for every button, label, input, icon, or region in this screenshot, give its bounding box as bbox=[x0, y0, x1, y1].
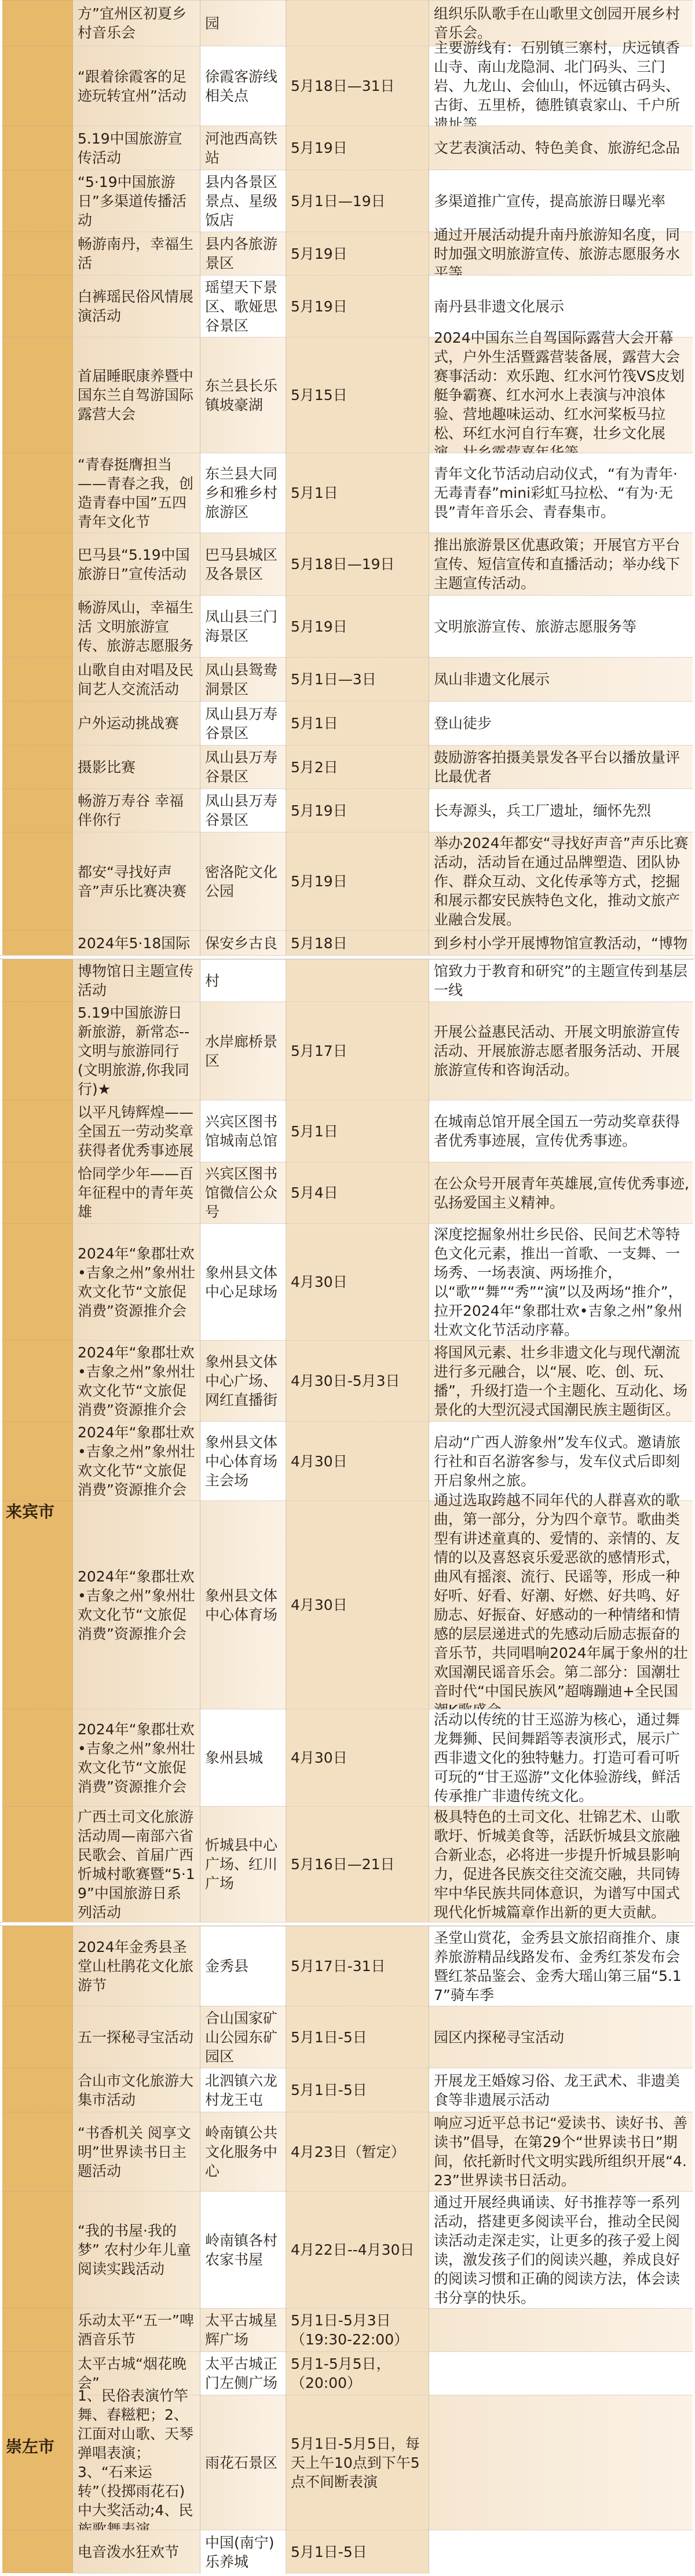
venue-cell: 凤山县万寿谷景区 bbox=[200, 702, 286, 745]
activity-cell-text: 畅游凤山，幸福生活 文明旅游宣传、旅游志愿服务 bbox=[78, 598, 195, 655]
table-row: 山歌自由对唱及民间艺人交流活动凤山县鸳鸯洞景区5月1日—3日凤山非遗文化展示 bbox=[2, 657, 693, 701]
description-cell bbox=[429, 2530, 693, 2574]
activity-cell: 户外运动挑战赛 bbox=[73, 702, 200, 745]
activity-cell: 5.19中国旅游宣传活动 bbox=[73, 126, 200, 170]
date-cell: 5月2日 bbox=[286, 746, 429, 788]
venue-cell-text: 密洛陀文化公园 bbox=[205, 863, 281, 901]
venue-cell: 中国(南宁)乐养城 bbox=[200, 2530, 286, 2574]
table-row: 1、民俗表演竹竿舞、舂糍粑；2、江面对山歌、天琴弹唱表演；3、“石来运转”（投掷… bbox=[2, 2395, 693, 2530]
activity-cell-text: 1、民俗表演竹竿舞、舂糍粑；2、江面对山歌、天琴弹唱表演；3、“石来运转”（投掷… bbox=[78, 2386, 195, 2539]
activity-cell-text: 乐动太平“五一”啤酒音乐节 bbox=[78, 2311, 195, 2349]
description-cell: 圣堂山赏花，金秀县文旅招商推介、康养旅游精品线路发布、金秀红茶发布会暨红茶品鉴会… bbox=[429, 1927, 693, 2006]
description-cell: 在城南总馆开展全国五一劳动奖章获得者优秀事迹展，宣传优秀事迹。 bbox=[429, 1100, 693, 1162]
activity-cell: 恰同学少年——百年征程中的青年英雄 bbox=[73, 1162, 200, 1223]
venue-cell: 太平古城星辉广场 bbox=[200, 2309, 286, 2351]
date-cell: 5月1日-5月5日，每天上午10点到下午5点不间断表演 bbox=[286, 2395, 429, 2530]
date-cell: 5月1日—3日 bbox=[286, 658, 429, 701]
venue-cell: 岭南镇各村农家书屋 bbox=[200, 2192, 286, 2308]
venue-cell-text: 巴马县城区及各景区 bbox=[205, 545, 281, 584]
activity-cell-text: “青春挺膺担当——青春之我，创造青春中国”五四青年文化节 bbox=[78, 455, 195, 531]
description-cell-text: 举办2024年都安“寻找好声音”声乐比赛活动，活动旨在通过品牌塑造、团队协作、群… bbox=[434, 834, 689, 929]
description-cell-text: 青年文化节活动启动仪式，“有为青年·无毒青春”mini彩虹马拉松、“有为·无畏”… bbox=[434, 464, 689, 522]
venue-cell: 东兰县大同乡和雅乡村旅游区 bbox=[200, 453, 286, 533]
date-cell-text: 5月1-5月5日， （20:00） bbox=[291, 2354, 391, 2392]
description-cell: 2024中国东兰自驾国际露营大会开幕式，户外生活暨露营装备展，露营大会赛事活动：… bbox=[429, 337, 693, 453]
activity-cell: 2024年5·18国际 bbox=[73, 931, 200, 955]
activity-cell-text: 合山市文化旅游大集市活动 bbox=[78, 2071, 195, 2109]
venue-cell-text: 金秀县 bbox=[205, 1957, 248, 1976]
venue-cell: 凤山县万寿谷景区 bbox=[200, 746, 286, 788]
activity-cell-text: “5·19中国旅游日”多渠道传播活动 bbox=[78, 173, 195, 230]
venue-cell: 兴宾区图书馆城南总馆 bbox=[200, 1100, 286, 1162]
description-cell: 开展龙王婚嫁习俗、龙王武术、非遗美食等非遗展示活动 bbox=[429, 2068, 693, 2112]
description-cell-text: 推出旅游景区优惠政策；开展官方平台宣传、短信宣传和直播活动；举办线下主题宣传活动… bbox=[434, 535, 689, 593]
description-cell-text: 登山徒步 bbox=[434, 714, 492, 733]
activity-cell: 巴马县“5.19中国旅游日”宣传活动 bbox=[73, 533, 200, 595]
date-cell-text: 4月23日（暂定） bbox=[291, 2142, 405, 2162]
activity-cell: 广西土司文化旅游活动周—南部六省民歌会、首届广西忻城村歌赛暨“5·19”中国旅游… bbox=[73, 1807, 200, 1922]
description-cell-text: 在城南总馆开展全国五一劳动奖章获得者优秀事迹展，宣传优秀事迹。 bbox=[434, 1112, 689, 1150]
date-cell-text: 5月19日 bbox=[291, 297, 348, 316]
description-cell: 登山徒步 bbox=[429, 702, 693, 745]
date-cell bbox=[286, 1, 429, 46]
venue-cell: 凤山县万寿谷景区 bbox=[200, 789, 286, 832]
activity-cell-text: 5.19中国旅游日新旅游，新常态--文明与旅游同行(文明旅游,你我同行)★ bbox=[78, 1003, 195, 1099]
venue-cell: 保安乡古良 bbox=[200, 931, 286, 955]
activity-cell: 畅游凤山，幸福生活 文明旅游宣传、旅游志愿服务 bbox=[73, 596, 200, 657]
date-cell-text: 5月1日-5月3日 （19:30-22:00） bbox=[291, 2311, 408, 2349]
description-cell: 活动以传统的甘王巡游为核心，通过舞龙舞狮、民间舞蹈等表演形式，展示广西非遗文化的… bbox=[429, 1709, 693, 1806]
activity-cell-text: 以平凡铸辉煌——全国五一劳动奖章获得者优秀事迹展 bbox=[78, 1103, 195, 1160]
description-cell: 园区内探秘寻宝活动 bbox=[429, 2006, 693, 2068]
activity-cell-text: 五一探秘寻宝活动 bbox=[78, 2028, 193, 2047]
description-cell: 通过选取跨越不同年代的人群喜欢的歌曲，第一部分，分为四个章节。歌曲类型有讲述童真… bbox=[429, 1501, 693, 1709]
description-cell: 通过开展经典诵读、好书推荐等一系列活动，搭建更多阅读平台，推动全民阅读活动走深走… bbox=[429, 2192, 693, 2308]
date-cell: 5月19日 bbox=[286, 126, 429, 170]
description-cell bbox=[429, 2395, 693, 2530]
venue-cell: 密洛陀文化公园 bbox=[200, 832, 286, 930]
activity-cell-text: 首届睡眠康养暨中国东兰自驾游国际露营大会 bbox=[78, 366, 195, 424]
description-cell bbox=[429, 2352, 693, 2395]
description-cell: 文艺表演活动、特色美食、旅游纪念品 bbox=[429, 126, 693, 170]
activity-cell-text: 2024年金秀县圣堂山杜鹃花文化旅游节 bbox=[78, 1937, 195, 1995]
venue-cell: 凤山县鸳鸯洞景区 bbox=[200, 658, 286, 701]
date-cell: 5月15日 bbox=[286, 337, 429, 453]
date-cell: 5月19日 bbox=[286, 276, 429, 337]
venue-cell-text: 东兰县大同乡和雅乡村旅游区 bbox=[205, 464, 281, 522]
venue-cell-text: 兴宾区图书馆微信公众号 bbox=[205, 1164, 281, 1221]
table-row: 白裤瑶民俗风情展演活动瑶望天下景区、歌娅思谷景区5月19日南丹县非遗文化展示 bbox=[2, 275, 693, 337]
description-cell: 多渠道推广宣传，提高旅游日曝光率 bbox=[429, 170, 693, 232]
activity-cell: 畅游万寿谷 幸福伴你行 bbox=[73, 789, 200, 832]
table-row: 乐动太平“五一”啤酒音乐节太平古城星辉广场5月1日-5月3日 （19:30-22… bbox=[2, 2308, 693, 2351]
description-cell: 推出旅游景区优惠政策；开展官方平台宣传、短信宣传和直播活动；举办线下主题宣传活动… bbox=[429, 533, 693, 595]
table-row: 2024年金秀县圣堂山杜鹃花文化旅游节金秀县5月17日-31日圣堂山赏花，金秀县… bbox=[2, 1926, 693, 2006]
table-row: “我的书屋·我的梦” 农村少年儿童阅读实践活动岭南镇各村农家书屋4月22日--4… bbox=[2, 2191, 693, 2308]
activity-cell-text: “书香机关 阅享文明”世界读书日主题活动 bbox=[78, 2123, 195, 2181]
venue-cell-text: 太平古城正门左侧广场 bbox=[205, 2354, 281, 2392]
activity-cell-text: 电音泼水狂欢节 bbox=[78, 2542, 179, 2562]
description-cell: 极具特色的土司文化、壮锦艺术、山歌歌圩、忻城美食等，活跃忻城县文旅融合新业态，必… bbox=[429, 1807, 693, 1922]
date-cell: 5月1日-5日 bbox=[286, 2530, 429, 2574]
venue-cell: 村 bbox=[200, 960, 286, 1001]
description-cell: 鼓励游客拍摄美景发各平台以播放量评比最优者 bbox=[429, 746, 693, 788]
venue-cell-text: 忻城县中心广场、红川广场 bbox=[205, 1836, 281, 1893]
date-cell-text: 5月17日-31日 bbox=[291, 1957, 386, 1976]
venue-cell: 象州县文体中心体育场主会场 bbox=[200, 1422, 286, 1500]
date-cell: 5月19日 bbox=[286, 232, 429, 275]
venue-cell-text: 象州县文体中心体育场 bbox=[205, 1586, 281, 1624]
activity-cell: “跟着徐霞客的足迹玩转宜州”活动 bbox=[73, 46, 200, 126]
description-cell: 响应习近平总书记“爱读书、读好书、善读书”倡导，在第29个“世界读书日”期间，依… bbox=[429, 2112, 693, 2191]
table-row: 合山市文化旅游大集市活动北泗镇六龙村龙王屯5月1日-5日开展龙王婚嫁习俗、龙王武… bbox=[2, 2068, 693, 2112]
activity-cell-text: 2024年“象郡壮欢•吉象之州”象州壮欢文化节“文旅促消费”资源推介会 bbox=[78, 1343, 195, 1419]
table-row: 2024年5·18国际保安乡古良5月18日到乡村小学开展博物馆宣教活动，“博物 bbox=[2, 930, 693, 955]
date-cell: 5月1日 bbox=[286, 702, 429, 745]
venue-cell: 东兰县长乐镇坡豪湖 bbox=[200, 337, 286, 453]
description-cell: 将国风元素、壮乡非遗文化与现代潮流进行多元融合，以“展、吃、创、玩、播”，升级打… bbox=[429, 1341, 693, 1421]
date-cell: 5月1日-5月3日 （19:30-22:00） bbox=[286, 2309, 429, 2351]
description-cell: 启动“广西人游象州”发车仪式。邀请旅行社和百名游客参与，发车仪式后即刻开启象州之… bbox=[429, 1422, 693, 1500]
table-row: 恰同学少年——百年征程中的青年英雄兴宾区图书馆微信公众号5月4日在公众号开展青年… bbox=[2, 1162, 693, 1223]
date-cell: 5月4日 bbox=[286, 1162, 429, 1223]
activity-cell: 摄影比赛 bbox=[73, 746, 200, 788]
date-cell-text: 5月18日 bbox=[291, 934, 348, 953]
date-cell: 5月18日—19日 bbox=[286, 533, 429, 595]
activity-cell: 都安“寻找好声音”声乐比赛决赛 bbox=[73, 832, 200, 930]
description-cell: 馆致力于教育和研究”的主题宣传到基层一线 bbox=[429, 960, 693, 1001]
date-cell-text: 5月19日 bbox=[291, 244, 348, 263]
venue-cell-text: 凤山县鸳鸯洞景区 bbox=[205, 660, 281, 699]
activity-cell: 白裤瑶民俗风情展演活动 bbox=[73, 276, 200, 337]
activity-cell: 2024年“象郡壮欢•吉象之州”象州壮欢文化节“文旅促消费”资源推介会 bbox=[73, 1422, 200, 1500]
table-row: “书香机关 阅享文明”世界读书日主题活动岭南镇公共文化服务中心4月23日（暂定）… bbox=[2, 2112, 693, 2191]
activity-cell-text: 巴马县“5.19中国旅游日”宣传活动 bbox=[78, 545, 195, 584]
activity-cell: 合山市文化旅游大集市活动 bbox=[73, 2068, 200, 2112]
venue-cell-text: 雨花石景区 bbox=[205, 2453, 277, 2472]
description-cell-text: 组织乐队歌手在山歌里文创园开展乡村音乐会。 bbox=[434, 4, 689, 42]
description-cell-text: 响应习近平总书记“爱读书、读好书、善读书”倡导，在第29个“世界读书日”期间，依… bbox=[434, 2113, 689, 2190]
date-cell: 4月30日 bbox=[286, 1501, 429, 1709]
description-cell: 主要游线有：石别镇三寨村，庆远镇香山寺、南山龙隐洞、北门码头、三门岩、九龙山、会… bbox=[429, 46, 693, 126]
activity-cell: 电音泼水狂欢节 bbox=[73, 2530, 200, 2574]
table-row: 五一探秘寻宝活动合山国家矿山公园东矿园区5月1日-5日园区内探秘寻宝活动 bbox=[2, 2006, 693, 2068]
description-cell-text: 南丹县非遗文化展示 bbox=[434, 297, 564, 316]
description-cell-text: 极具特色的土司文化、壮锦艺术、山歌歌圩、忻城美食等，活跃忻城县文旅融合新业态，必… bbox=[434, 1807, 689, 1922]
description-cell-text: 通过开展活动提升南丹旅游知名度，同时加强文明旅游宣传、旅游志愿服务水平等 bbox=[434, 225, 689, 282]
venue-cell-text: 太平古城星辉广场 bbox=[205, 2311, 281, 2349]
activity-cell: “书香机关 阅享文明”世界读书日主题活动 bbox=[73, 2112, 200, 2191]
activity-cell-text: 山歌自由对唱及民间艺人交流活动 bbox=[78, 660, 195, 699]
description-cell-text: 在公众号开展青年英雄展,宣传优秀事迹,弘扬爱国主义精神。 bbox=[434, 1174, 689, 1212]
date-cell-text: 5月17日 bbox=[291, 1041, 348, 1061]
description-cell: 举办2024年都安“寻找好声音”声乐比赛活动，活动旨在通过品牌塑造、团队协作、群… bbox=[429, 832, 693, 930]
table-row: 5.19中国旅游日新旅游，新常态--文明与旅游同行(文明旅游,你我同行)★水岸廊… bbox=[2, 1001, 693, 1100]
date-cell: 5月1-5月5日， （20:00） bbox=[286, 2352, 429, 2395]
description-cell-text: 长寿源头，兵工厂遗址，缅怀先烈 bbox=[434, 801, 651, 820]
date-cell-text: 5月16日—21日 bbox=[291, 1855, 395, 1874]
date-cell: 5月1日-5日 bbox=[286, 2068, 429, 2112]
date-cell: 5月19日 bbox=[286, 789, 429, 832]
table-row: 畅游南丹，幸福生活县内各旅游景区5月19日通过开展活动提升南丹旅游知名度，同时加… bbox=[2, 232, 693, 275]
venue-cell-text: 北泗镇六龙村龙王屯 bbox=[205, 2071, 281, 2109]
activity-cell: 乐动太平“五一”啤酒音乐节 bbox=[73, 2309, 200, 2351]
venue-cell: 合山国家矿山公园东矿园区 bbox=[200, 2006, 286, 2068]
activity-cell-text: 博物馆日主题宣传活动 bbox=[78, 962, 195, 1000]
table-row: “5·19中国旅游日”多渠道传播活动县内各景区景点、星级饭店5月1日—19日多渠… bbox=[2, 170, 693, 232]
venue-cell-text: 园 bbox=[205, 14, 220, 33]
description-cell-text: 将国风元素、壮乡非遗文化与现代潮流进行多元融合，以“展、吃、创、玩、播”，升级打… bbox=[434, 1343, 689, 1419]
description-cell-text: 活动以传统的甘王巡游为核心，通过舞龙舞狮、民间舞蹈等表演形式，展示广西非遗文化的… bbox=[434, 1710, 689, 1806]
venue-cell-text: 瑶望天下景区、歌娅思谷景区 bbox=[205, 278, 281, 335]
activity-cell-text: 2024年“象郡壮欢•吉象之州”象州壮欢文化节“文旅促消费”资源推介会 bbox=[78, 1423, 195, 1499]
venue-cell: 雨花石景区 bbox=[200, 2395, 286, 2530]
venue-cell-text: 凤山县万寿谷景区 bbox=[205, 791, 281, 830]
description-cell: 开展公益惠民活动、开展文明旅游宣传活动、开展旅游志愿者服务活动、开展旅游宣传和咨… bbox=[429, 1002, 693, 1100]
date-cell-text: 5月1日-5月5日，每天上午10点到下午5点不间断表演 bbox=[291, 2434, 424, 2491]
table-row: 电音泼水狂欢节中国(南宁)乐养城5月1日-5日 bbox=[2, 2530, 693, 2574]
table-row: 2024年“象郡壮欢•吉象之州”象州壮欢文化节“文旅促消费”资源推介会象州县文体… bbox=[2, 1500, 693, 1709]
venue-cell-text: 岭南镇各村农家书屋 bbox=[205, 2231, 281, 2269]
venue-cell: 巴马县城区及各景区 bbox=[200, 533, 286, 595]
venue-cell-text: 村 bbox=[205, 971, 220, 990]
description-cell: 通过开展活动提升南丹旅游知名度，同时加强文明旅游宣传、旅游志愿服务水平等 bbox=[429, 232, 693, 275]
description-cell: 深度挖掘象州壮乡民俗、民间艺术等特色文化元素，推出一首歌、一支舞、一场秀、一场表… bbox=[429, 1224, 693, 1340]
date-cell-text: 4月22日--4月30日 bbox=[291, 2240, 414, 2259]
table-row: 首届睡眠康养暨中国东兰自驾游国际露营大会东兰县长乐镇坡豪湖5月15日2024中国… bbox=[2, 337, 693, 453]
venue-cell-text: 兴宾区图书馆城南总馆 bbox=[205, 1112, 281, 1150]
description-cell-text: 通过开展经典诵读、好书推荐等一系列活动，搭建更多阅读平台，推动全民阅读活动走深走… bbox=[434, 2193, 689, 2307]
date-cell-text: 5月1日 bbox=[291, 714, 338, 733]
venue-cell: 太平古城正门左侧广场 bbox=[200, 2352, 286, 2395]
date-cell: 5月17日 bbox=[286, 1002, 429, 1100]
venue-cell: 象州县文体中心足球场 bbox=[200, 1224, 286, 1340]
date-cell: 5月1日-5日 bbox=[286, 2006, 429, 2068]
venue-cell-text: 象州县城 bbox=[205, 1748, 263, 1767]
activity-cell: 2024年“象郡壮欢•吉象之州”象州壮欢文化节“文旅促消费”资源推介会 bbox=[73, 1341, 200, 1421]
table-row: 巴马县“5.19中国旅游日”宣传活动巴马县城区及各景区5月18日—19日推出旅游… bbox=[2, 533, 693, 595]
venue-cell: 河池西高铁站 bbox=[200, 126, 286, 170]
activity-cell-text: “跟着徐霞客的足迹玩转宜州”活动 bbox=[78, 67, 195, 105]
venue-cell: 凤山县三门海景区 bbox=[200, 596, 286, 657]
date-cell-text: 5月1日 bbox=[291, 483, 338, 502]
date-cell-text: 5月1日-5日 bbox=[291, 2080, 367, 2100]
date-cell: 4月30日 bbox=[286, 1422, 429, 1500]
activity-cell: 以平凡铸辉煌——全国五一劳动奖章获得者优秀事迹展 bbox=[73, 1100, 200, 1162]
table-row: 畅游万寿谷 幸福伴你行凤山县万寿谷景区5月19日长寿源头，兵工厂遗址，缅怀先烈 bbox=[2, 788, 693, 832]
description-cell: 长寿源头，兵工厂遗址，缅怀先烈 bbox=[429, 789, 693, 832]
description-cell-text: 深度挖掘象州壮乡民俗、民间艺术等特色文化元素，推出一首歌、一支舞、一场秀、一场表… bbox=[434, 1225, 689, 1340]
table-row: “青春挺膺担当——青春之我，创造青春中国”五四青年文化节东兰县大同乡和雅乡村旅游… bbox=[2, 453, 693, 533]
date-cell-text: 5月19日 bbox=[291, 872, 348, 891]
activity-cell-text: “我的书屋·我的梦” 农村少年儿童阅读实践活动 bbox=[78, 2221, 195, 2278]
activity-cell: 博物馆日主题宣传活动 bbox=[73, 960, 200, 1001]
description-cell: 在公众号开展青年英雄展,宣传优秀事迹,弘扬爱国主义精神。 bbox=[429, 1162, 693, 1223]
activity-cell: 2024年“象郡壮欢•吉象之州”象州壮欢文化节“文旅促消费”资源推介会 bbox=[73, 1709, 200, 1806]
date-cell: 5月16日—21日 bbox=[286, 1807, 429, 1922]
date-cell: 5月1日 bbox=[286, 453, 429, 533]
page-break bbox=[0, 955, 695, 959]
date-cell: 5月19日 bbox=[286, 596, 429, 657]
description-cell-text: 文明旅游宣传、旅游志愿服务等 bbox=[434, 617, 637, 636]
venue-cell: 金秀县 bbox=[200, 1927, 286, 2006]
activity-cell: 首届睡眠康养暨中国东兰自驾游国际露营大会 bbox=[73, 337, 200, 453]
venue-cell-text: 保安乡古良 bbox=[205, 934, 277, 953]
venue-cell: 水岸廊桥景区 bbox=[200, 1002, 286, 1100]
activity-cell: 5.19中国旅游日新旅游，新常态--文明与旅游同行(文明旅游,你我同行)★ bbox=[73, 1002, 200, 1100]
venue-cell: 瑶望天下景区、歌娅思谷景区 bbox=[200, 276, 286, 337]
venue-cell-text: 河池西高铁站 bbox=[205, 129, 281, 167]
activity-cell: 2024年金秀县圣堂山杜鹃花文化旅游节 bbox=[73, 1927, 200, 2006]
description-cell-text: 鼓励游客拍摄美景发各平台以播放量评比最优者 bbox=[434, 748, 689, 786]
activity-cell-text: 广西土司文化旅游活动周—南部六省民歌会、首届广西忻城村歌赛暨“5·19”中国旅游… bbox=[78, 1807, 195, 1922]
date-cell-text: 5月1日-5日 bbox=[291, 2028, 367, 2047]
date-cell: 5月18日 bbox=[286, 931, 429, 955]
table-row: 摄影比赛凤山县万寿谷景区5月2日鼓励游客拍摄美景发各平台以播放量评比最优者 bbox=[2, 745, 693, 788]
table-row: 2024年“象郡壮欢•吉象之州”象州壮欢文化节“文旅促消费”资源推介会象州县文体… bbox=[2, 1340, 693, 1421]
table-row: 畅游凤山，幸福生活 文明旅游宣传、旅游志愿服务凤山县三门海景区5月19日文明旅游… bbox=[2, 595, 693, 657]
table-row: 都安“寻找好声音”声乐比赛决赛密洛陀文化公园5月19日举办2024年都安“寻找好… bbox=[2, 832, 693, 930]
activity-cell: “我的书屋·我的梦” 农村少年儿童阅读实践活动 bbox=[73, 2192, 200, 2308]
venue-cell-text: 象州县文体中心足球场 bbox=[205, 1263, 281, 1301]
date-cell-text: 5月19日 bbox=[291, 617, 348, 636]
date-cell-text: 5月19日 bbox=[291, 801, 348, 820]
activity-cell: 五一探秘寻宝活动 bbox=[73, 2006, 200, 2068]
description-cell-text: 开展龙王婚嫁习俗、龙王武术、非遗美食等非遗展示活动 bbox=[434, 2071, 689, 2109]
date-cell-text: 5月1日—19日 bbox=[291, 192, 386, 211]
table-row: 博物馆日主题宣传活动村馆致力于教育和研究”的主题宣传到基层一线 bbox=[2, 959, 693, 1001]
date-cell bbox=[286, 960, 429, 1001]
table-row: 以平凡铸辉煌——全国五一劳动奖章获得者优秀事迹展兴宾区图书馆城南总馆5月1日在城… bbox=[2, 1100, 693, 1162]
activity-cell-text: 都安“寻找好声音”声乐比赛决赛 bbox=[78, 863, 195, 901]
activity-cell-text: 户外运动挑战赛 bbox=[78, 714, 179, 733]
date-cell-text: 5月15日 bbox=[291, 386, 348, 405]
venue-cell: 县内各景区景点、星级饭店 bbox=[200, 170, 286, 232]
venue-cell-text: 水岸廊桥景区 bbox=[205, 1032, 281, 1070]
activity-cell-text: 2024年“象郡壮欢•吉象之州”象州壮欢文化节“文旅促消费”资源推介会 bbox=[78, 1567, 195, 1643]
description-cell bbox=[429, 2309, 693, 2351]
venue-cell: 园 bbox=[200, 1, 286, 46]
date-cell-text: 4月30日 bbox=[291, 1748, 348, 1767]
description-cell-text: 启动“广西人游象州”发车仪式。邀请旅行社和百名游客参与，发车仪式后即刻开启象州之… bbox=[434, 1433, 689, 1490]
table-row: 5.19中国旅游宣传活动河池西高铁站5月19日文艺表演活动、特色美食、旅游纪念品 bbox=[2, 126, 693, 170]
venue-cell-text: 合山国家矿山公园东矿园区 bbox=[205, 2009, 281, 2066]
date-cell: 5月18日—31日 bbox=[286, 46, 429, 126]
table-row: 户外运动挑战赛凤山县万寿谷景区5月1日登山徒步 bbox=[2, 701, 693, 745]
date-cell-text: 5月18日—31日 bbox=[291, 76, 395, 96]
description-cell-text: 文艺表演活动、特色美食、旅游纪念品 bbox=[434, 138, 680, 157]
page-break bbox=[0, 1922, 695, 1926]
venue-cell: 县内各旅游景区 bbox=[200, 232, 286, 275]
venue-cell-text: 凤山县万寿谷景区 bbox=[205, 704, 281, 743]
venue-cell: 北泗镇六龙村龙王屯 bbox=[200, 2068, 286, 2112]
activity-cell-text: 5.19中国旅游宣传活动 bbox=[78, 129, 195, 167]
activities-table: 来宾市崇左市方”宜州区初夏乡村音乐会园组织乐队歌手在山歌里文创园开展乡村音乐会。… bbox=[2, 0, 693, 2574]
date-cell: 4月22日--4月30日 bbox=[286, 2192, 429, 2308]
description-cell-text: 主要游线有：石别镇三寨村，庆远镇香山寺、南山龙隐洞、北门码头、三门岩、九龙山、会… bbox=[434, 38, 689, 134]
table-row: 2024年“象郡壮欢•吉象之州”象州壮欢文化节“文旅促消费”资源推介会象州县城4… bbox=[2, 1709, 693, 1806]
description-cell-text: 圣堂山赏花，金秀县文旅招商推介、康养旅游精品线路发布、金秀红茶发布会暨红茶品鉴会… bbox=[434, 1928, 689, 2005]
table-row: “跟着徐霞客的足迹玩转宜州”活动徐霞客游线相关点5月18日—31日主要游线有：石… bbox=[2, 46, 693, 126]
activity-cell-text: 恰同学少年——百年征程中的青年英雄 bbox=[78, 1164, 195, 1221]
venue-cell-text: 县内各景区景点、星级饭店 bbox=[205, 173, 281, 230]
activity-cell-text: 2024年5·18国际 bbox=[78, 934, 190, 953]
activity-cell-text: 摄影比赛 bbox=[78, 758, 136, 777]
date-cell-text: 4月30日 bbox=[291, 1595, 348, 1614]
date-cell: 4月30日 bbox=[286, 1224, 429, 1340]
activity-cell: “5·19中国旅游日”多渠道传播活动 bbox=[73, 170, 200, 232]
date-cell-text: 5月1日 bbox=[291, 1122, 338, 1141]
table-row: 2024年“象郡壮欢•吉象之州”象州壮欢文化节“文旅促消费”资源推介会象州县文体… bbox=[2, 1223, 693, 1340]
venue-cell: 兴宾区图书馆微信公众号 bbox=[200, 1162, 286, 1223]
venue-cell-text: 凤山县万寿谷景区 bbox=[205, 748, 281, 786]
venue-cell-text: 县内各旅游景区 bbox=[205, 234, 281, 273]
activity-cell-text: 白裤瑶民俗风情展演活动 bbox=[78, 287, 195, 325]
venue-cell-text: 东兰县长乐镇坡豪湖 bbox=[205, 376, 281, 414]
venue-cell: 忻城县中心广场、红川广场 bbox=[200, 1807, 286, 1922]
activity-cell-text: 2024年“象郡壮欢•吉象之州”象州壮欢文化节“文旅促消费”资源推介会 bbox=[78, 1244, 195, 1320]
activity-cell: 1、民俗表演竹竿舞、舂糍粑；2、江面对山歌、天琴弹唱表演；3、“石来运转”（投掷… bbox=[73, 2395, 200, 2530]
venue-cell-text: 象州县文体中心体育场主会场 bbox=[205, 1433, 281, 1490]
date-cell: 5月1日—19日 bbox=[286, 170, 429, 232]
date-cell-text: 5月18日—19日 bbox=[291, 555, 395, 574]
venue-cell: 岭南镇公共文化服务中心 bbox=[200, 2112, 286, 2191]
venue-cell: 象州县城 bbox=[200, 1709, 286, 1806]
date-cell-text: 5月1日—3日 bbox=[291, 670, 376, 689]
description-cell: 青年文化节活动启动仪式，“有为青年·无毒青春”mini彩虹马拉松、“有为·无畏”… bbox=[429, 453, 693, 533]
activity-cell: 2024年“象郡壮欢•吉象之州”象州壮欢文化节“文旅促消费”资源推介会 bbox=[73, 1224, 200, 1340]
activity-cell: 山歌自由对唱及民间艺人交流活动 bbox=[73, 658, 200, 701]
description-cell-text: 多渠道推广宣传，提高旅游日曝光率 bbox=[434, 192, 665, 211]
date-cell: 4月30日-5月3日 bbox=[286, 1341, 429, 1421]
description-cell: 文明旅游宣传、旅游志愿服务等 bbox=[429, 596, 693, 657]
description-cell: 到乡村小学开展博物馆宣教活动，“博物 bbox=[429, 931, 693, 955]
venue-cell-text: 凤山县三门海景区 bbox=[205, 607, 281, 645]
activity-cell-text: 畅游南丹，幸福生活 bbox=[78, 234, 195, 273]
date-cell: 5月19日 bbox=[286, 832, 429, 930]
date-cell: 5月1日 bbox=[286, 1100, 429, 1162]
description-cell-text: 到乡村小学开展博物馆宣教活动，“博物 bbox=[434, 934, 687, 953]
description-cell-text: 2024中国东兰自驾国际露营大会开幕式，户外生活暨露营装备展，露营大会赛事活动：… bbox=[434, 328, 689, 462]
date-cell-text: 5月19日 bbox=[291, 138, 348, 157]
date-cell-text: 5月4日 bbox=[291, 1183, 338, 1202]
venue-cell-text: 岭南镇公共文化服务中心 bbox=[205, 2123, 281, 2181]
description-cell-text: 开展公益惠民活动、开展文明旅游宣传活动、开展旅游志愿者服务活动、开展旅游宣传和咨… bbox=[434, 1022, 689, 1080]
venue-cell-text: 中国(南宁)乐养城 bbox=[205, 2533, 281, 2571]
activity-cell: 方”宜州区初夏乡村音乐会 bbox=[73, 1, 200, 46]
venue-cell-text: 徐霞客游线相关点 bbox=[205, 67, 281, 105]
activity-cell-text: 2024年“象郡壮欢•吉象之州”象州壮欢文化节“文旅促消费”资源推介会 bbox=[78, 1720, 195, 1796]
activity-cell: 2024年“象郡壮欢•吉象之州”象州壮欢文化节“文旅促消费”资源推介会 bbox=[73, 1501, 200, 1709]
date-cell-text: 5月2日 bbox=[291, 758, 338, 777]
venue-cell: 象州县文体中心广场、网红直播街 bbox=[200, 1341, 286, 1421]
date-cell: 4月30日 bbox=[286, 1709, 429, 1806]
activity-cell-text: 畅游万寿谷 幸福伴你行 bbox=[78, 791, 195, 830]
date-cell-text: 4月30日 bbox=[291, 1452, 348, 1471]
table-row: 2024年“象郡壮欢•吉象之州”象州壮欢文化节“文旅促消费”资源推介会象州县文体… bbox=[2, 1421, 693, 1500]
date-cell-text: 5月1日-5日 bbox=[291, 2542, 367, 2562]
description-cell-text: 凤山非遗文化展示 bbox=[434, 670, 550, 689]
venue-cell-text: 象州县文体中心广场、网红直播街 bbox=[205, 1352, 281, 1410]
description-cell-text: 通过选取跨越不同年代的人群喜欢的歌曲，第一部分，分为四个章节。歌曲类型有讲述童真… bbox=[434, 1491, 689, 1720]
date-cell: 5月17日-31日 bbox=[286, 1927, 429, 2006]
description-cell: 凤山非遗文化展示 bbox=[429, 658, 693, 701]
date-cell-text: 4月30日 bbox=[291, 1272, 348, 1291]
activity-cell-text: 方”宜州区初夏乡村音乐会 bbox=[78, 4, 195, 42]
venue-cell: 象州县文体中心体育场 bbox=[200, 1501, 286, 1709]
date-cell: 4月23日（暂定） bbox=[286, 2112, 429, 2191]
description-cell-text: 馆致力于教育和研究”的主题宣传到基层一线 bbox=[434, 962, 689, 1000]
